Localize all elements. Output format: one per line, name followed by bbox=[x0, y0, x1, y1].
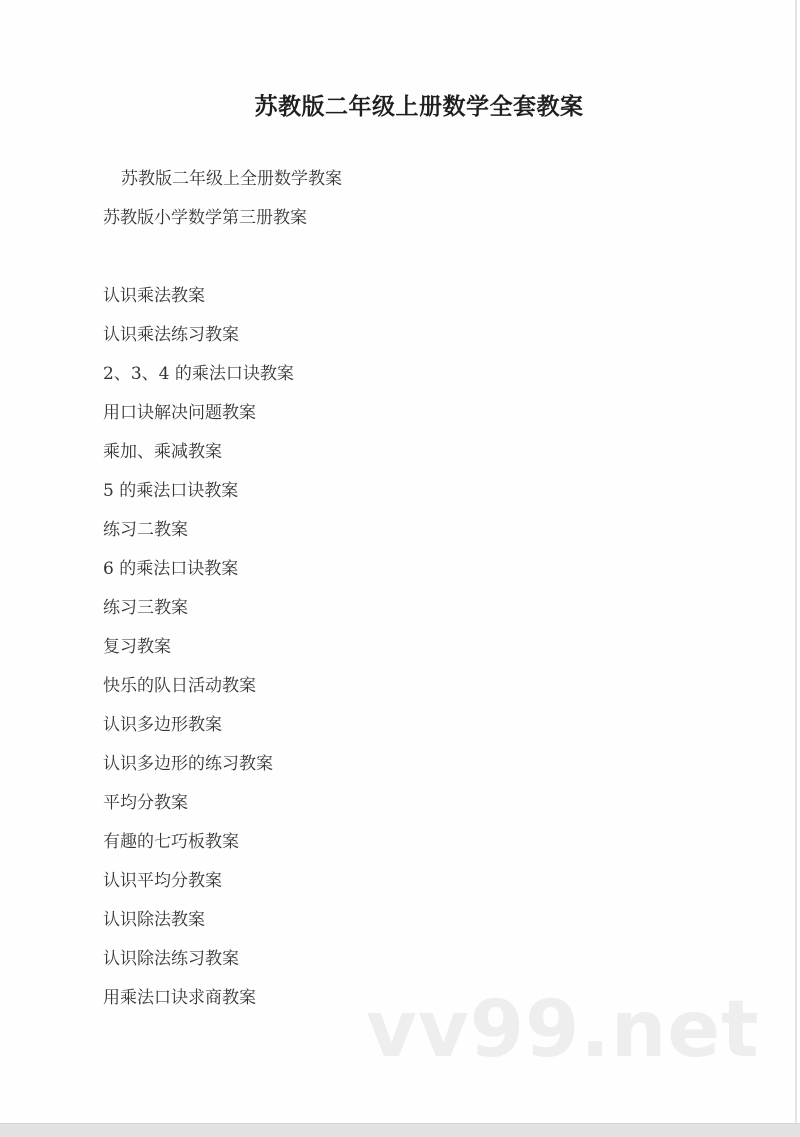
lesson-plan-item: 有趣的七巧板教案 bbox=[103, 831, 239, 853]
page-bottom-edge bbox=[0, 1123, 800, 1137]
document-title: 苏教版二年级上册数学全套教案 bbox=[0, 88, 800, 121]
lesson-plan-item: 乘加、乘减教案 bbox=[103, 441, 222, 463]
lesson-plan-item: 平均分教案 bbox=[103, 792, 188, 814]
document-page: 苏教版二年级上册数学全套教案 苏教版二年级上全册数学教案 苏教版小学数学第三册教… bbox=[0, 0, 797, 1123]
lesson-plan-item: 练习三教案 bbox=[103, 597, 188, 619]
lesson-plan-item: 认识除法练习教案 bbox=[103, 948, 239, 970]
lesson-plan-item: 认识乘法教案 bbox=[103, 285, 205, 307]
lesson-plan-item: 练习二教案 bbox=[103, 519, 188, 541]
lesson-plan-item: 认识除法教案 bbox=[103, 909, 205, 931]
lesson-plan-item: 6 的乘法口诀教案 bbox=[103, 558, 238, 580]
lesson-plan-item: 用口诀解决问题教案 bbox=[103, 402, 256, 424]
watermark: vv99.net bbox=[366, 985, 760, 1075]
lesson-plan-item: 快乐的队日活动教案 bbox=[103, 675, 256, 697]
subtitle-line: 苏教版二年级上全册数学教案 bbox=[121, 168, 342, 190]
lesson-plan-item: 5 的乘法口诀教案 bbox=[103, 480, 238, 502]
lesson-plan-item: 2、3、4 的乘法口诀教案 bbox=[103, 363, 294, 385]
lesson-plan-item: 认识乘法练习教案 bbox=[103, 324, 239, 346]
lesson-plan-item: 用乘法口诀求商教案 bbox=[103, 987, 256, 1009]
lesson-plan-item: 复习教案 bbox=[103, 636, 171, 658]
subtitle-line: 苏教版小学数学第三册教案 bbox=[103, 207, 307, 229]
lesson-plan-item: 认识多边形教案 bbox=[103, 714, 222, 736]
lesson-plan-item: 认识平均分教案 bbox=[103, 870, 222, 892]
lesson-plan-item: 认识多边形的练习教案 bbox=[103, 753, 273, 775]
